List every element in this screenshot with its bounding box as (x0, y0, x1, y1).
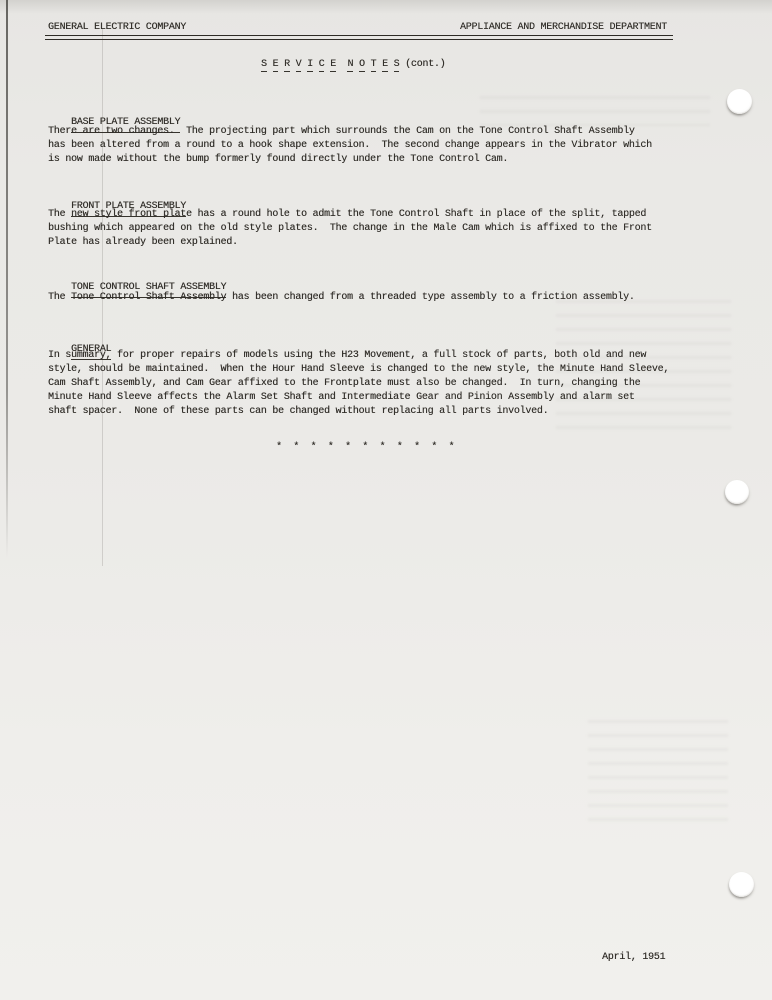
section-body-tone-control-shaft-assembly: The Tone Control Shaft Assembly has been… (48, 291, 635, 305)
date-footer: April, 1951 (602, 951, 665, 965)
scanned-document-page: GENERAL ELECTRIC COMPANY APPLIANCE AND M… (0, 0, 772, 1000)
section-body-general: In summary, for proper repairs of models… (48, 349, 669, 419)
page-title-main: S E R V I C E N O T E S (261, 59, 399, 72)
scan-shading (0, 0, 772, 14)
company-name: GENERAL ELECTRIC COMPANY (45, 21, 186, 35)
letterhead-double-rule (45, 35, 673, 40)
section-body-front-plate-assembly: The new style front plate has a round ho… (48, 208, 652, 250)
punch-hole-top (727, 89, 752, 114)
letterhead: GENERAL ELECTRIC COMPANY APPLIANCE AND M… (45, 21, 672, 35)
bleed-through-smudge (480, 96, 710, 126)
punch-hole-bottom (729, 872, 754, 897)
section-body-base-plate-assembly: There are two changes. The projecting pa… (48, 125, 652, 167)
page-title: S E R V I C E N O T E S (cont.) (261, 58, 445, 72)
scan-edge-line (6, 0, 8, 558)
punch-hole-middle (725, 480, 749, 504)
asterisk-separator: * * * * * * * * * * * (276, 441, 454, 455)
department-name: APPLIANCE AND MERCHANDISE DEPARTMENT (460, 21, 672, 35)
page-title-suffix: (cont.) (399, 59, 445, 70)
bleed-through-smudge (588, 720, 728, 830)
